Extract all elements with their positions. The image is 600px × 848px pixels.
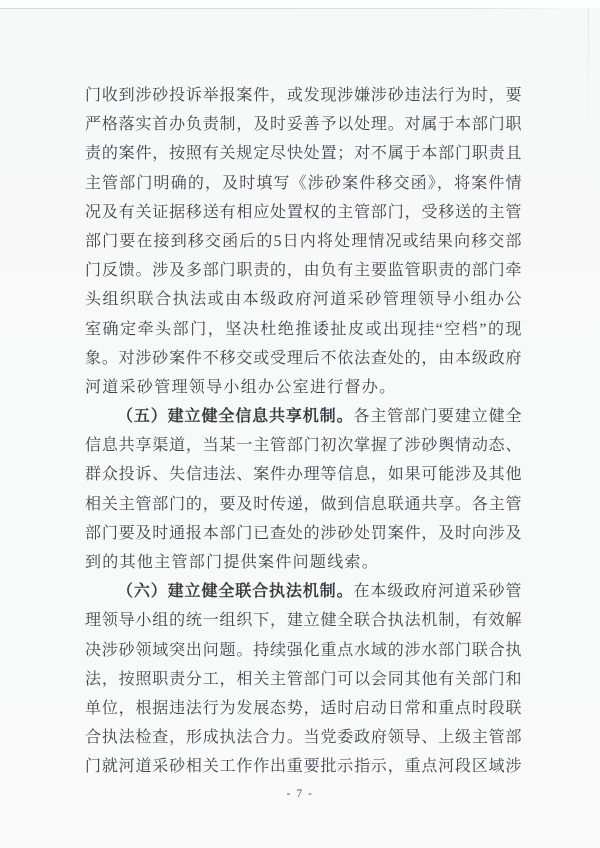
section-heading-6: （六）建立健全联合执法机制。 — [117, 583, 353, 600]
text-line: 理领导小组的统一组织下，建立健全联合执法机制，有效解 — [85, 606, 522, 635]
text-line: 单位，根据违法行为发展态势，适时启动日常和重点时段联 — [85, 694, 522, 723]
scanned-document-page: 门收到涉砂投诉举报案件，或发现涉嫌涉砂违法行为时，要 严格落实首办负责制，及时妥… — [0, 0, 600, 848]
text-line: 门收到涉砂投诉举报案件，或发现涉嫌涉砂违法行为时，要 — [85, 81, 522, 110]
section-heading-5: （五）建立健全信息共享机制。 — [117, 408, 353, 425]
text-line: 责的案件，按照有关规定尽快处置；对不属于本部门职责且 — [85, 139, 522, 168]
text-line: 主管部门明确的，及时填写《涉砂案件移交函》，将案件情 — [85, 169, 522, 198]
text-line: 各主管部门要建立健全 — [353, 408, 522, 425]
text-line: 门反馈。涉及多部门职责的，由负有主要监管职责的部门牵 — [85, 256, 522, 285]
text-line: 严格落实首办负责制，及时妥善予以处理。对属于本部门职 — [85, 110, 522, 139]
scan-edge-right — [588, 8, 589, 128]
text-line: 信息共享渠道，当某一主管部门初次掌握了涉砂舆情动态、 — [85, 431, 522, 460]
text-line: 法，按照职责分工，相关主管部门可以会同其他有关部门和 — [85, 665, 522, 694]
text-line: 河道采砂管理领导小组办公室进行督办。 — [85, 373, 522, 402]
text-line: 部门要及时通报本部门已查处的涉砂处罚案件，及时向涉及 — [85, 519, 522, 548]
text-line: 到的其他主管部门提供案件问题线索。 — [85, 548, 522, 577]
text-line: 合执法检查，形成执法合力。当党委政府领导、上级主管部 — [85, 723, 522, 752]
text-line: 况及有关证据移送有相应处置权的主管部门，受移送的主管 — [85, 198, 522, 227]
text-line: 部门要在接到移交函后的5日内将处理情况或结果向移交部 — [85, 227, 522, 256]
document-body: 门收到涉砂投诉举报案件，或发现涉嫌涉砂违法行为时，要 严格落实首办负责制，及时妥… — [85, 81, 522, 782]
section-heading-line: （六）建立健全联合执法机制。在本级政府河道采砂管 — [85, 577, 522, 606]
text-line: 象。对涉砂案件不移交或受理后不依法查处的，由本级政府 — [85, 344, 522, 373]
text-line: 决涉砂领域突出问题。持续强化重点水域的涉水部门联合执 — [85, 636, 522, 665]
text-line: 头组织联合执法或由本级政府河道采砂管理领导小组办公 — [85, 285, 522, 314]
page-number: - 7 - — [0, 788, 600, 800]
text-line: 室确定牵头部门，坚决杜绝推诿扯皮或出现挂“空档”的现 — [85, 315, 522, 344]
text-line: 在本级政府河道采砂管 — [353, 583, 522, 600]
text-line: 门就河道采砂相关工作作出重要批示指示，重点河段区域涉 — [85, 752, 522, 781]
scan-edge-top — [0, 8, 587, 9]
text-line: 相关主管部门的，要及时传递，做到信息联通共享。各主管 — [85, 490, 522, 519]
section-heading-line: （五）建立健全信息共享机制。各主管部门要建立健全 — [85, 402, 522, 431]
text-line: 群众投诉、失信违法、案件办理等信息，如果可能涉及其他 — [85, 460, 522, 489]
